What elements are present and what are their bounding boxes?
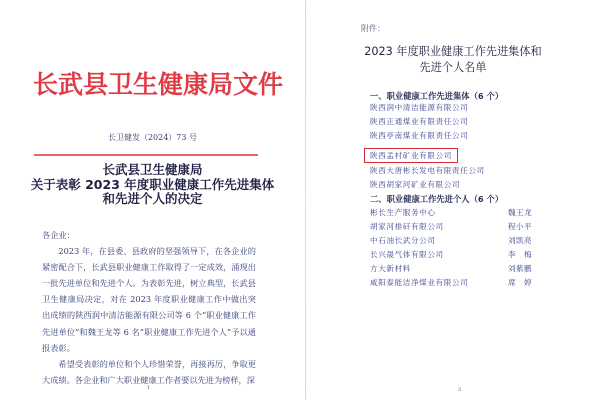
page-number: 3 [458, 387, 461, 393]
individual-item: 中石油长武分公司 刘凯亮 [370, 234, 570, 247]
individual-org: 长兴晟气体有限公司 [370, 250, 444, 259]
list-title: 2023 年度职业健康工作先进集体和 先进个人名单 [306, 44, 600, 76]
list-title-line-1: 2023 年度职业健康工作先进集体和 [306, 44, 600, 60]
individual-org: 中石油长武分公司 [370, 236, 436, 245]
red-highlight-box [364, 148, 458, 163]
individual-org: 咸阳泰能洁净煤业有限公司 [370, 278, 468, 287]
individual-name: 席 婷 [508, 276, 532, 289]
decision-title-line-2: 关于表彰 2023 年度职业健康工作先进集体 [0, 178, 305, 193]
individual-item: 长兴晟气体有限公司 李 梅 [370, 248, 570, 261]
red-separator-line [34, 154, 258, 156]
red-header-title: 长武县卫生健康局文件 [33, 68, 263, 102]
collective-item: 陕西润中清洁能源有限公司 [370, 101, 570, 114]
individual-name: 刘紫鹏 [508, 262, 532, 275]
attachment-page: 附件： 2023 年度职业健康工作先进集体和 先进个人名单 一、职业健康工作先进… [306, 0, 600, 400]
section-heading-individuals: 二、职业健康工作先进个人（6 个） [370, 193, 503, 205]
individual-name: 程小平 [508, 220, 532, 233]
body-paragraph-2: 希望受表彰的单位和个人珍惜荣誉，再接再厉，争取更大成绩。各企业和广大职业健康工作… [42, 356, 256, 388]
collective-item: 陕西胡家河矿业有限公司 [370, 178, 570, 191]
individual-item: 方大新材料 刘紫鹏 [370, 262, 570, 275]
decision-title-line-3: 和先进个人的决定 [0, 192, 305, 207]
list-title-line-2: 先进个人名单 [306, 60, 600, 76]
collective-item: 陕西亭南煤业有限责任公司 [370, 129, 570, 142]
individual-name: 魏王龙 [508, 206, 532, 219]
document-spread: 长武县卫生健康局文件 长卫健发（2024）73 号 长武县卫生健康局 关于表彰 … [0, 0, 600, 400]
individual-name: 刘凯亮 [508, 234, 532, 247]
page-number: 1 [147, 385, 150, 391]
individual-item: 咸阳泰能洁净煤业有限公司 席 婷 [370, 276, 570, 289]
salutation: 各企业： [42, 227, 256, 243]
decision-body: 各企业： 2023 年，在县委、县政府的坚强领导下，在各企业的紧密配合下，长武县… [42, 227, 256, 388]
document-number: 长卫健发（2024）73 号 [0, 132, 305, 143]
decision-title: 长武县卫生健康局 关于表彰 2023 年度职业健康工作先进集体 和先进个人的决定 [0, 163, 305, 207]
individual-org: 胡家河排矸有限公司 [370, 222, 444, 231]
individual-item: 彬长生产服务中心 魏王龙 [370, 206, 570, 219]
collective-item: 陕西大唐彬长发电有限责任公司 [370, 164, 570, 177]
individual-name: 李 梅 [508, 248, 532, 261]
body-paragraph-1: 2023 年，在县委、县政府的坚强领导下，在各企业的紧密配合下，长武县职业健康工… [42, 243, 256, 356]
individual-org: 彬长生产服务中心 [370, 208, 436, 217]
attachment-label: 附件： [361, 23, 385, 34]
decision-title-line-1: 长武县卫生健康局 [0, 163, 305, 178]
individual-org: 方大新材料 [370, 264, 411, 273]
decision-page: 长武县卫生健康局文件 长卫健发（2024）73 号 长武县卫生健康局 关于表彰 … [0, 0, 305, 400]
collective-item: 陕西正通煤业有限责任公司 [370, 115, 570, 128]
individual-item: 胡家河排矸有限公司 程小平 [370, 220, 570, 233]
